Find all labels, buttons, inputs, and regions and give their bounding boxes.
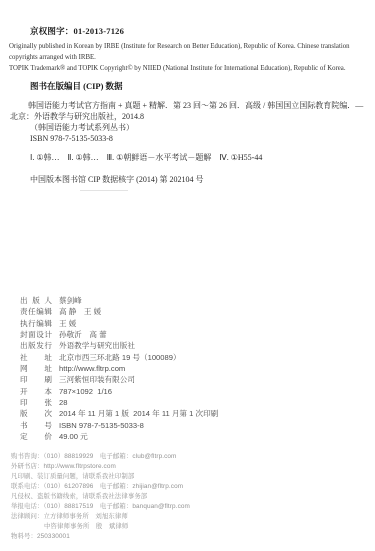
pub-row-format: 开本787×1092 1/16	[20, 386, 365, 397]
pub-row-executive-editor: 执行编辑王 媛	[20, 318, 365, 329]
pub-label: 书号	[20, 420, 52, 431]
pub-row-publisher: 出版发行外语教学与研究出版社	[20, 340, 365, 351]
pub-value: ISBN 978-7-5135-5033-8	[59, 421, 144, 430]
cip-series-note: （韩国语能力考试系列丛书）	[10, 122, 367, 133]
pub-row-sheets: 印张28	[20, 397, 365, 408]
pub-value: 2014 年 11 月第 1 版 2014 年 11 月第 1 次印刷	[59, 409, 218, 418]
notice-contact-phone: 联系电话：（010）61207896 电子邮箱：zhijian@fltrp.co…	[11, 482, 367, 492]
pub-row-website: 网址http://www.fltrp.com	[20, 363, 365, 374]
pub-label: 出版人	[20, 295, 52, 306]
pub-label: 印张	[20, 397, 52, 408]
pub-label: 定价	[20, 431, 52, 442]
cip-block: 图书在版编目 (CIP) 数据 韩国语能力考试官方指南 + 真题 + 精解．第 …	[10, 81, 367, 185]
pub-value: http://www.fltrp.com	[59, 364, 125, 373]
notice-purchase-hotline: 购书咨询：（010）88819929 电子邮箱：club@fltrp.com	[11, 452, 367, 462]
pub-row-isbn: 书号ISBN 978-7-5135-5033-8	[20, 420, 365, 431]
pub-label: 网址	[20, 363, 52, 374]
pub-value: 49.00 元	[59, 432, 88, 441]
english-copyright-para2: TOPIK Trademark® and TOPIK Copyright© by…	[9, 63, 369, 74]
pub-value: 787×1092 1/16	[59, 387, 112, 396]
pub-label: 版次	[20, 408, 52, 419]
copyright-page: 京权图字：01-2013-7126 Originally published i…	[0, 0, 375, 551]
pub-value: 高 静 王 媛	[59, 307, 101, 316]
pub-value: 王 媛	[59, 319, 76, 328]
pub-label: 印刷	[20, 374, 52, 385]
divider	[80, 190, 128, 191]
pub-label: 社址	[20, 352, 52, 363]
pub-row-responsible-editor: 责任编辑高 静 王 媛	[20, 306, 365, 317]
publication-info-list: 出版人蔡剑峰 责任编辑高 静 王 媛 执行编辑王 媛 封面设计孙敬沂 高 蕾 出…	[20, 295, 365, 442]
registration-number-line: 京权图字：01-2013-7126	[30, 25, 124, 37]
cip-record-number: 中国版本图书馆 CIP 数据核字 (2014) 第 202104 号	[10, 174, 367, 185]
pub-value: 孙敬沂 高 蕾	[59, 330, 107, 339]
cip-entry: 韩国语能力考试官方指南 + 真题 + 精解．第 23 回～第 26 回．高级 /…	[10, 100, 367, 122]
pub-value: 北京市西三环北路 19 号（100089）	[59, 353, 181, 362]
notice-legal-counsel-1: 法律顾问：立方律师事务所 刘旭东律师	[11, 512, 367, 522]
cip-classification: Ⅰ. ①韩… Ⅱ. ①韩… Ⅲ. ①朝鲜语－水平考试－题解 Ⅳ. ①H55-44	[10, 152, 367, 163]
notice-material-number: 物料号：250330001	[11, 532, 367, 542]
pub-label: 责任编辑	[20, 306, 52, 317]
notice-legal-counsel-2: 中咨律师事务所 殷 斌律师	[11, 522, 367, 532]
cip-isbn: ISBN 978-7-5135-5033-8	[10, 133, 367, 144]
contact-notices-block: 购书咨询：（010）88819929 电子邮箱：club@fltrp.com 外…	[11, 452, 367, 542]
pub-row-address: 社址北京市西三环北路 19 号（100089）	[20, 352, 365, 363]
english-copyright-block: Originally published in Korean by IRBE (…	[9, 41, 369, 74]
pub-label: 封面设计	[20, 329, 52, 340]
pub-value: 蔡剑峰	[59, 296, 82, 305]
pub-value: 三河紫恒印装有限公司	[59, 375, 135, 384]
pub-row-publisher-person: 出版人蔡剑峰	[20, 295, 365, 306]
pub-row-cover-design: 封面设计孙敬沂 高 蕾	[20, 329, 365, 340]
notice-bookstore-url: 外研书店：http://www.fltrpstore.com	[11, 462, 367, 472]
pub-value: 28	[59, 398, 67, 407]
notice-piracy: 凡侵权、盗版书籍线索，请联系我社法律事务部	[11, 492, 367, 502]
cip-heading: 图书在版编目 (CIP) 数据	[10, 81, 367, 92]
notice-print-quality: 凡印刷、装订质量问题，请联系我社印制部	[11, 472, 367, 482]
english-copyright-para1: Originally published in Korean by IRBE (…	[9, 41, 369, 63]
pub-label: 执行编辑	[20, 318, 52, 329]
pub-row-printer: 印刷三河紫恒印装有限公司	[20, 374, 365, 385]
pub-label: 出版发行	[20, 340, 52, 351]
pub-value: 外语教学与研究出版社	[59, 341, 135, 350]
pub-row-edition: 版次2014 年 11 月第 1 版 2014 年 11 月第 1 次印刷	[20, 408, 365, 419]
notice-report-phone: 举报电话：（010）88817519 电子邮箱：banquan@fltrp.co…	[11, 502, 367, 512]
pub-label: 开本	[20, 386, 52, 397]
pub-row-price: 定价49.00 元	[20, 431, 365, 442]
